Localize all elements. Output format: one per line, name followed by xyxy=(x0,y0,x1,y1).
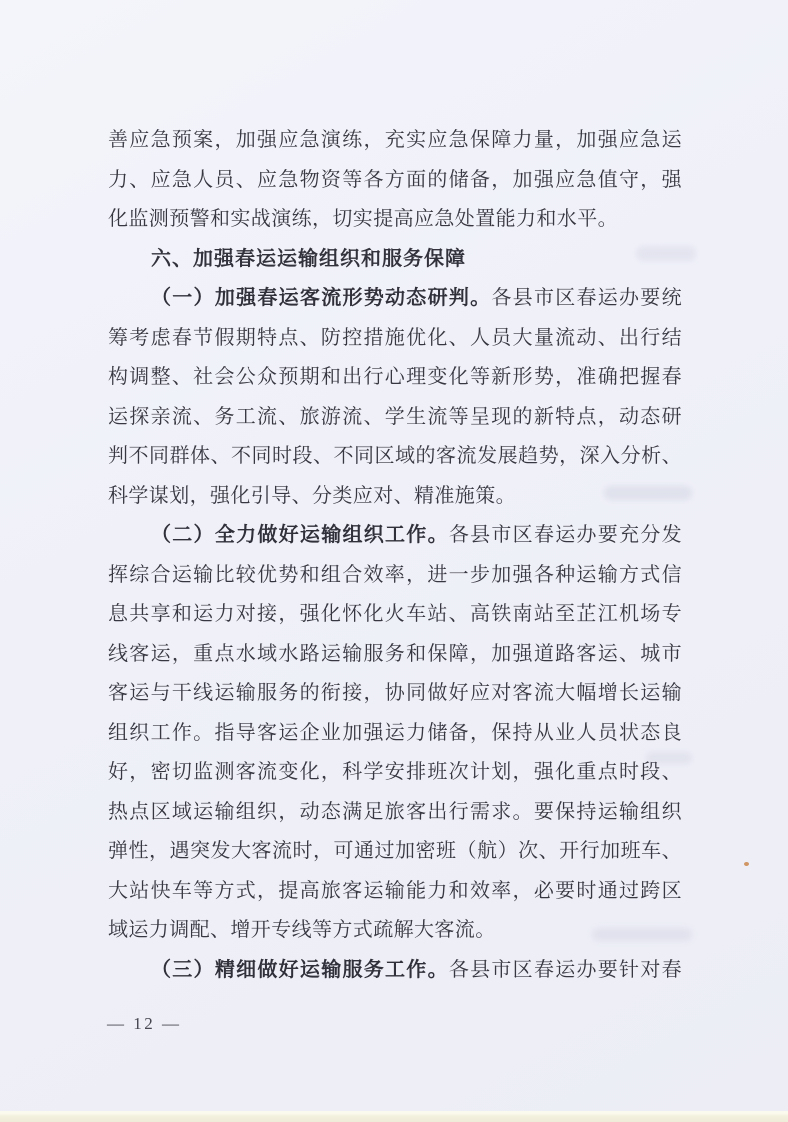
text-line: 大站快车等方式，提高旅客运输能力和效率，必要时通过跨区 xyxy=(108,872,682,912)
body-text: 筹考虑春节假期特点、防控措施优化、人员大量流动、出行结 xyxy=(108,327,682,349)
text-line: （一）加强春运客流形势动态研判。各县市区春运办要统 xyxy=(108,279,682,319)
text-line: 线客运，重点水域水路运输服务和保障，加强道路客运、城市 xyxy=(108,635,682,675)
text-line: 科学谋划，强化引导、分类应对、精准施策。 xyxy=(108,477,682,517)
body-text: 各县市区春运办要针对春 xyxy=(449,959,682,981)
body-text: 化监测预警和实战演练，切实提高应急处置能力和水平。 xyxy=(108,208,618,230)
emphasis-text: （一）加强春运客流形势动态研判。 xyxy=(151,287,491,309)
body-text: 组织工作。指导客运企业加强运力储备，保持从业人员状态良 xyxy=(108,722,682,744)
body-text: 各县市区春运办要充分发 xyxy=(449,524,682,546)
bleed-through-smudge xyxy=(592,928,692,941)
text-line: （二）全力做好运输组织工作。各县市区春运办要充分发 xyxy=(108,516,682,556)
body-text: 大站快车等方式，提高旅客运输能力和效率，必要时通过跨区 xyxy=(108,880,682,902)
text-line: 运探亲流、务工流、旅游流、学生流等呈现的新特点，动态研 xyxy=(108,398,682,438)
para-emergency-continuation: 善应急预案，加强应急演练，充实应急保障力量，加强应急运力、应急人员、应急物资等各… xyxy=(108,121,682,240)
page-number: — 12 — xyxy=(107,1014,182,1034)
body-text: 好，密切监测客流变化，科学安排班次计划，强化重点时段、 xyxy=(108,761,682,783)
body-text: 热点区域运输组织，动态满足旅客出行需求。要保持运输组织 xyxy=(108,801,682,823)
text-line: （三）精细做好运输服务工作。各县市区春运办要针对春 xyxy=(108,951,682,991)
body-text: 客运与干线运输服务的衔接，协同做好应对客流大幅增长运输 xyxy=(108,682,682,704)
para-item-one: （一）加强春运客流形势动态研判。各县市区春运办要统筹考虑春节假期特点、防控措施优… xyxy=(108,279,682,516)
text-line: 构调整、社会公众预期和出行心理变化等新形势，准确把握春 xyxy=(108,358,682,398)
bleed-through-smudge xyxy=(636,246,696,261)
text-line: 化监测预警和实战演练，切实提高应急处置能力和水平。 xyxy=(108,200,682,240)
text-line: 六、加强春运运输组织和服务保障 xyxy=(108,240,682,280)
para-item-two: （二）全力做好运输组织工作。各县市区春运办要充分发挥综合运输比较优势和组合效率，… xyxy=(108,516,682,951)
text-line: 挥综合运输比较优势和组合效率，进一步加强各种运输方式信 xyxy=(108,556,682,596)
text-line: 弹性，遇突发大客流时，可通过加密班（航）次、开行加班车、 xyxy=(108,832,682,872)
heading-section-six: 六、加强春运运输组织和服务保障 xyxy=(108,240,682,280)
document-body: 善应急预案，加强应急演练，充实应急保障力量，加强应急运力、应急人员、应急物资等各… xyxy=(108,121,682,990)
scan-speck xyxy=(744,862,749,866)
body-text: 各县市区春运办要统 xyxy=(491,287,682,309)
body-text: 线客运，重点水域水路运输服务和保障，加强道路客运、城市 xyxy=(108,643,682,665)
text-line: 客运与干线运输服务的衔接，协同做好应对客流大幅增长运输 xyxy=(108,674,682,714)
body-text: 判不同群体、不同时段、不同区域的客流发展趋势，深入分析、 xyxy=(108,445,682,467)
body-text: 域运力调配、增开专线等方式疏解大客流。 xyxy=(108,919,496,941)
scanned-document-page: 善应急预案，加强应急演练，充实应急保障力量，加强应急运力、应急人员、应急物资等各… xyxy=(0,0,788,1122)
body-text: 弹性，遇突发大客流时，可通过加密班（航）次、开行加班车、 xyxy=(108,840,682,862)
text-line: 组织工作。指导客运企业加强运力储备，保持从业人员状态良 xyxy=(108,714,682,754)
emphasis-text: （二）全力做好运输组织工作。 xyxy=(151,524,449,546)
emphasis-text: （三）精细做好运输服务工作。 xyxy=(151,959,449,981)
bleed-through-smudge xyxy=(646,752,692,764)
bleed-through-smudge xyxy=(604,486,692,500)
body-text: 科学谋划，强化引导、分类应对、精准施策。 xyxy=(108,485,516,507)
section-heading-text: 六、加强春运运输组织和服务保障 xyxy=(151,248,466,270)
body-text: 挥综合运输比较优势和组合效率，进一步加强各种运输方式信 xyxy=(108,564,682,586)
body-text: 构调整、社会公众预期和出行心理变化等新形势，准确把握春 xyxy=(108,366,682,388)
para-item-three: （三）精细做好运输服务工作。各县市区春运办要针对春 xyxy=(108,951,682,991)
text-line: 热点区域运输组织，动态满足旅客出行需求。要保持运输组织 xyxy=(108,793,682,833)
body-text: 运探亲流、务工流、旅游流、学生流等呈现的新特点，动态研 xyxy=(108,406,682,428)
body-text: 力、应急人员、应急物资等各方面的储备，加强应急值守，强 xyxy=(108,169,682,191)
text-line: 好，密切监测客流变化，科学安排班次计划，强化重点时段、 xyxy=(108,753,682,793)
text-line: 力、应急人员、应急物资等各方面的储备，加强应急值守，强 xyxy=(108,161,682,201)
text-line: 筹考虑春节假期特点、防控措施优化、人员大量流动、出行结 xyxy=(108,319,682,359)
paper-bottom-edge xyxy=(0,1111,788,1122)
text-line: 息共享和运力对接，强化怀化火车站、高铁南站至芷江机场专 xyxy=(108,595,682,635)
body-text: 息共享和运力对接，强化怀化火车站、高铁南站至芷江机场专 xyxy=(108,603,682,625)
text-line: 判不同群体、不同时段、不同区域的客流发展趋势，深入分析、 xyxy=(108,437,682,477)
text-line: 善应急预案，加强应急演练，充实应急保障力量，加强应急运 xyxy=(108,121,682,161)
body-text: 善应急预案，加强应急演练，充实应急保障力量，加强应急运 xyxy=(108,129,682,151)
